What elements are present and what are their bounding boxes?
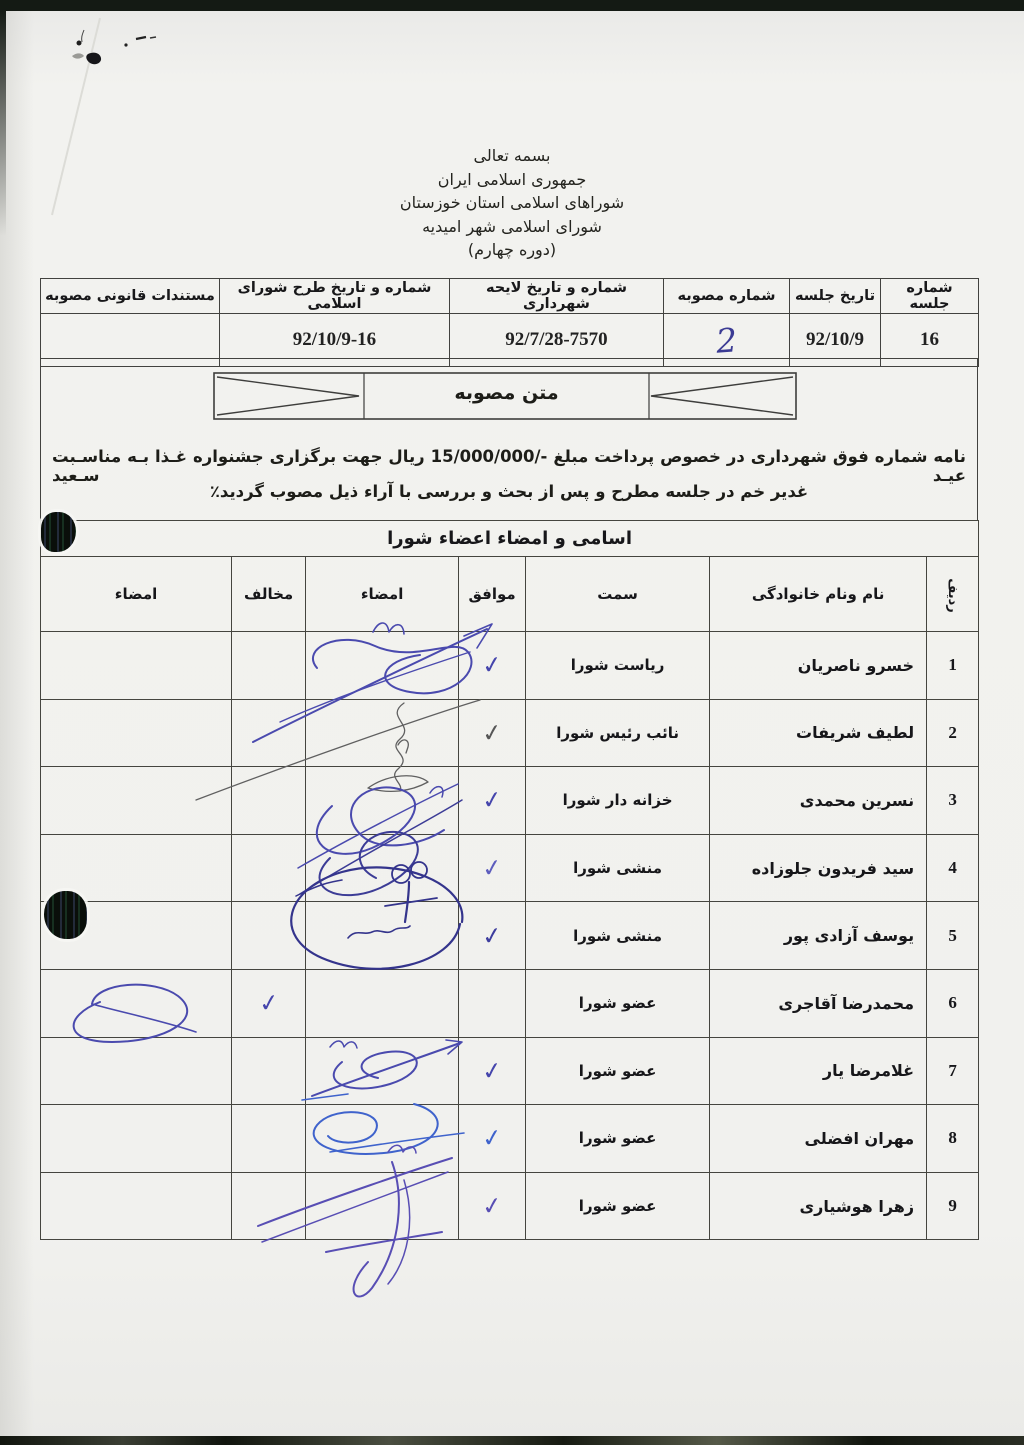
council-plan-header: شماره و تاریخ طرح شورای اسلامی (220, 279, 450, 314)
scan-edge-left (0, 11, 6, 236)
member-number: 8 (927, 1105, 979, 1173)
members-table: اسامی و امضاء اعضاء شورا ردیف نام ونام خ… (40, 520, 979, 1240)
agree-signature-cell (306, 767, 459, 835)
agree-cell: ✓ (459, 902, 526, 970)
member-number: 2 (927, 699, 979, 767)
agree-signature-cell (306, 1105, 459, 1173)
agree-cell: ✓ (459, 699, 526, 767)
agree-cell: ✓ (459, 632, 526, 700)
full-name-header: نام ونام خانوادگی (710, 557, 927, 632)
legal-docs-header: مستندات قانونی مصوبه (41, 279, 220, 314)
member-role: ریاست شورا (526, 632, 710, 700)
oppose-cell (232, 699, 306, 767)
table-row: 3نسرین محمدیخزانه دار شورا✓ (41, 767, 979, 835)
table-row: 2لطیف شریفاتنائب رئیس شورا✓ (41, 699, 979, 767)
vote-checkmark: ✓ (480, 1123, 504, 1154)
city-council-line: شورای اسلامی شهر امیدیه (262, 215, 762, 239)
agree-signature-cell (306, 969, 459, 1037)
oppose-cell (232, 767, 306, 835)
members-table-title: اسامی و امضاء اعضاء شورا (41, 521, 979, 557)
agree-cell: ✓ (459, 1172, 526, 1240)
members-rows: 1خسرو ناصریانریاست شورا✓2لطیف شریفاتنائب… (41, 632, 979, 1240)
scan-edge-top (0, 0, 1024, 11)
agree-cell: ✓ (459, 767, 526, 835)
member-name: خسرو ناصریان (710, 632, 927, 700)
oppose-cell (232, 1037, 306, 1105)
member-role: منشی شورا (526, 834, 710, 902)
agree-signature-cell (306, 1172, 459, 1240)
oppose-signature-cell (41, 767, 232, 835)
agree-signature-cell (306, 1037, 459, 1105)
member-number: 3 (927, 767, 979, 835)
resolution-text-line-1: نامه شماره فوق شهرداری در خصوص پرداخت مب… (52, 447, 966, 485)
agree-cell: ✓ (459, 834, 526, 902)
oppose-cell (232, 1172, 306, 1240)
agree-signature-cell (306, 699, 459, 767)
scan-edge-bottom (0, 1436, 1024, 1445)
member-name: مهران افضلی (710, 1105, 927, 1173)
scanned-document-page: بسمه تعالی جمهوری اسلامی ایران شوراهای ا… (0, 0, 1024, 1445)
agree-signature-cell (306, 902, 459, 970)
member-role: عضو شورا (526, 1037, 710, 1105)
vote-checkmark: ✓ (480, 853, 504, 884)
agree-signature-cell (306, 632, 459, 700)
agree-cell (459, 969, 526, 1037)
republic-line: جمهوری اسلامی ایران (262, 168, 762, 192)
member-number: 1 (927, 632, 979, 700)
member-name: سید فریدون جلوزاده (710, 834, 927, 902)
resolution-banner-title: متن مصوبه (364, 382, 649, 404)
vote-checkmark: ✓ (480, 920, 504, 951)
table-row: 6محمدرضا آقاجریعضو شورا✓ (41, 969, 979, 1037)
oppose-header: مخالف (232, 557, 306, 632)
member-number: 6 (927, 969, 979, 1037)
municipality-bill-header: شماره و تاریخ لایحه شهرداری (450, 279, 664, 314)
oppose-signature-cell (41, 1172, 232, 1240)
member-number: 9 (927, 1172, 979, 1240)
member-name: نسرین محمدی (710, 767, 927, 835)
session-number-header: شماره جلسه (881, 279, 979, 314)
oppose-cell: ✓ (232, 969, 306, 1037)
vote-checkmark: ✓ (480, 1056, 504, 1087)
table-row: 1خسرو ناصریانریاست شورا✓ (41, 632, 979, 700)
vote-checkmark: ✓ (480, 718, 504, 749)
member-number: 4 (927, 834, 979, 902)
oppose-signature-cell (41, 1037, 232, 1105)
oppose-signature-cell (41, 699, 232, 767)
member-name: غلامرضا یار (710, 1037, 927, 1105)
oppose-signature-cell (41, 969, 232, 1037)
oppose-signature-cell (41, 632, 232, 700)
oppose-signature-header: امضاء (41, 557, 232, 632)
table-row: 9زهرا هوشیاریعضو شورا✓ (41, 1172, 979, 1240)
row-number-header-label: ردیف (945, 578, 960, 613)
agree-signature-cell (306, 834, 459, 902)
agree-signature-header: امضاء (306, 557, 459, 632)
oppose-cell (232, 902, 306, 970)
agree-cell: ✓ (459, 1105, 526, 1173)
member-role: عضو شورا (526, 1105, 710, 1173)
vote-checkmark: ✓ (257, 988, 281, 1019)
member-role: خزانه دار شورا (526, 767, 710, 835)
agree-header: موافق (459, 557, 526, 632)
resolution-number-header: شماره مصوبه (664, 279, 790, 314)
resolution-text-line-2: غدیر خم در جلسه مطرح و پس از بحث و بررسی… (52, 482, 966, 501)
row-number-header: ردیف (927, 557, 979, 632)
oppose-cell (232, 632, 306, 700)
table-row: 7غلامرضا یارعضو شورا✓ (41, 1037, 979, 1105)
oppose-cell (232, 834, 306, 902)
oppose-cell (232, 1105, 306, 1173)
oppose-signature-cell (41, 1105, 232, 1173)
member-name: محمدرضا آقاجری (710, 969, 927, 1037)
member-role: عضو شورا (526, 969, 710, 1037)
letterhead: بسمه تعالی جمهوری اسلامی ایران شوراهای ا… (262, 144, 762, 262)
member-number: 7 (927, 1037, 979, 1105)
position-header: سمت (526, 557, 710, 632)
session-info-table: شماره جلسه تاریخ جلسه شماره مصوبه شماره … (40, 278, 979, 367)
table-row: 5یوسف آزادی پورمنشی شورا✓ (41, 902, 979, 970)
member-name: زهرا هوشیاری (710, 1172, 927, 1240)
vote-checkmark: ✓ (480, 1191, 504, 1222)
member-name: لطیف شریفات (710, 699, 927, 767)
table-row: 8مهران افضلیعضو شورا✓ (41, 1105, 979, 1173)
member-role: نائب رئیس شورا (526, 699, 710, 767)
province-councils-line: شوراهای اسلامی استان خوزستان (262, 191, 762, 215)
bismillah-line: بسمه تعالی (262, 144, 762, 168)
member-role: عضو شورا (526, 1172, 710, 1240)
table-row: 4سید فریدون جلوزادهمنشی شورا✓ (41, 834, 979, 902)
vote-checkmark: ✓ (480, 785, 504, 816)
agree-cell: ✓ (459, 1037, 526, 1105)
handwritten-resolution-number: 2 (715, 320, 739, 360)
member-role: منشی شورا (526, 902, 710, 970)
term-line: (دوره چهارم) (262, 238, 762, 262)
hole-punch-bottom (44, 891, 87, 939)
session-date-header: تاریخ جلسه (790, 279, 881, 314)
vote-checkmark: ✓ (480, 650, 504, 681)
member-name: یوسف آزادی پور (710, 902, 927, 970)
member-number: 5 (927, 902, 979, 970)
